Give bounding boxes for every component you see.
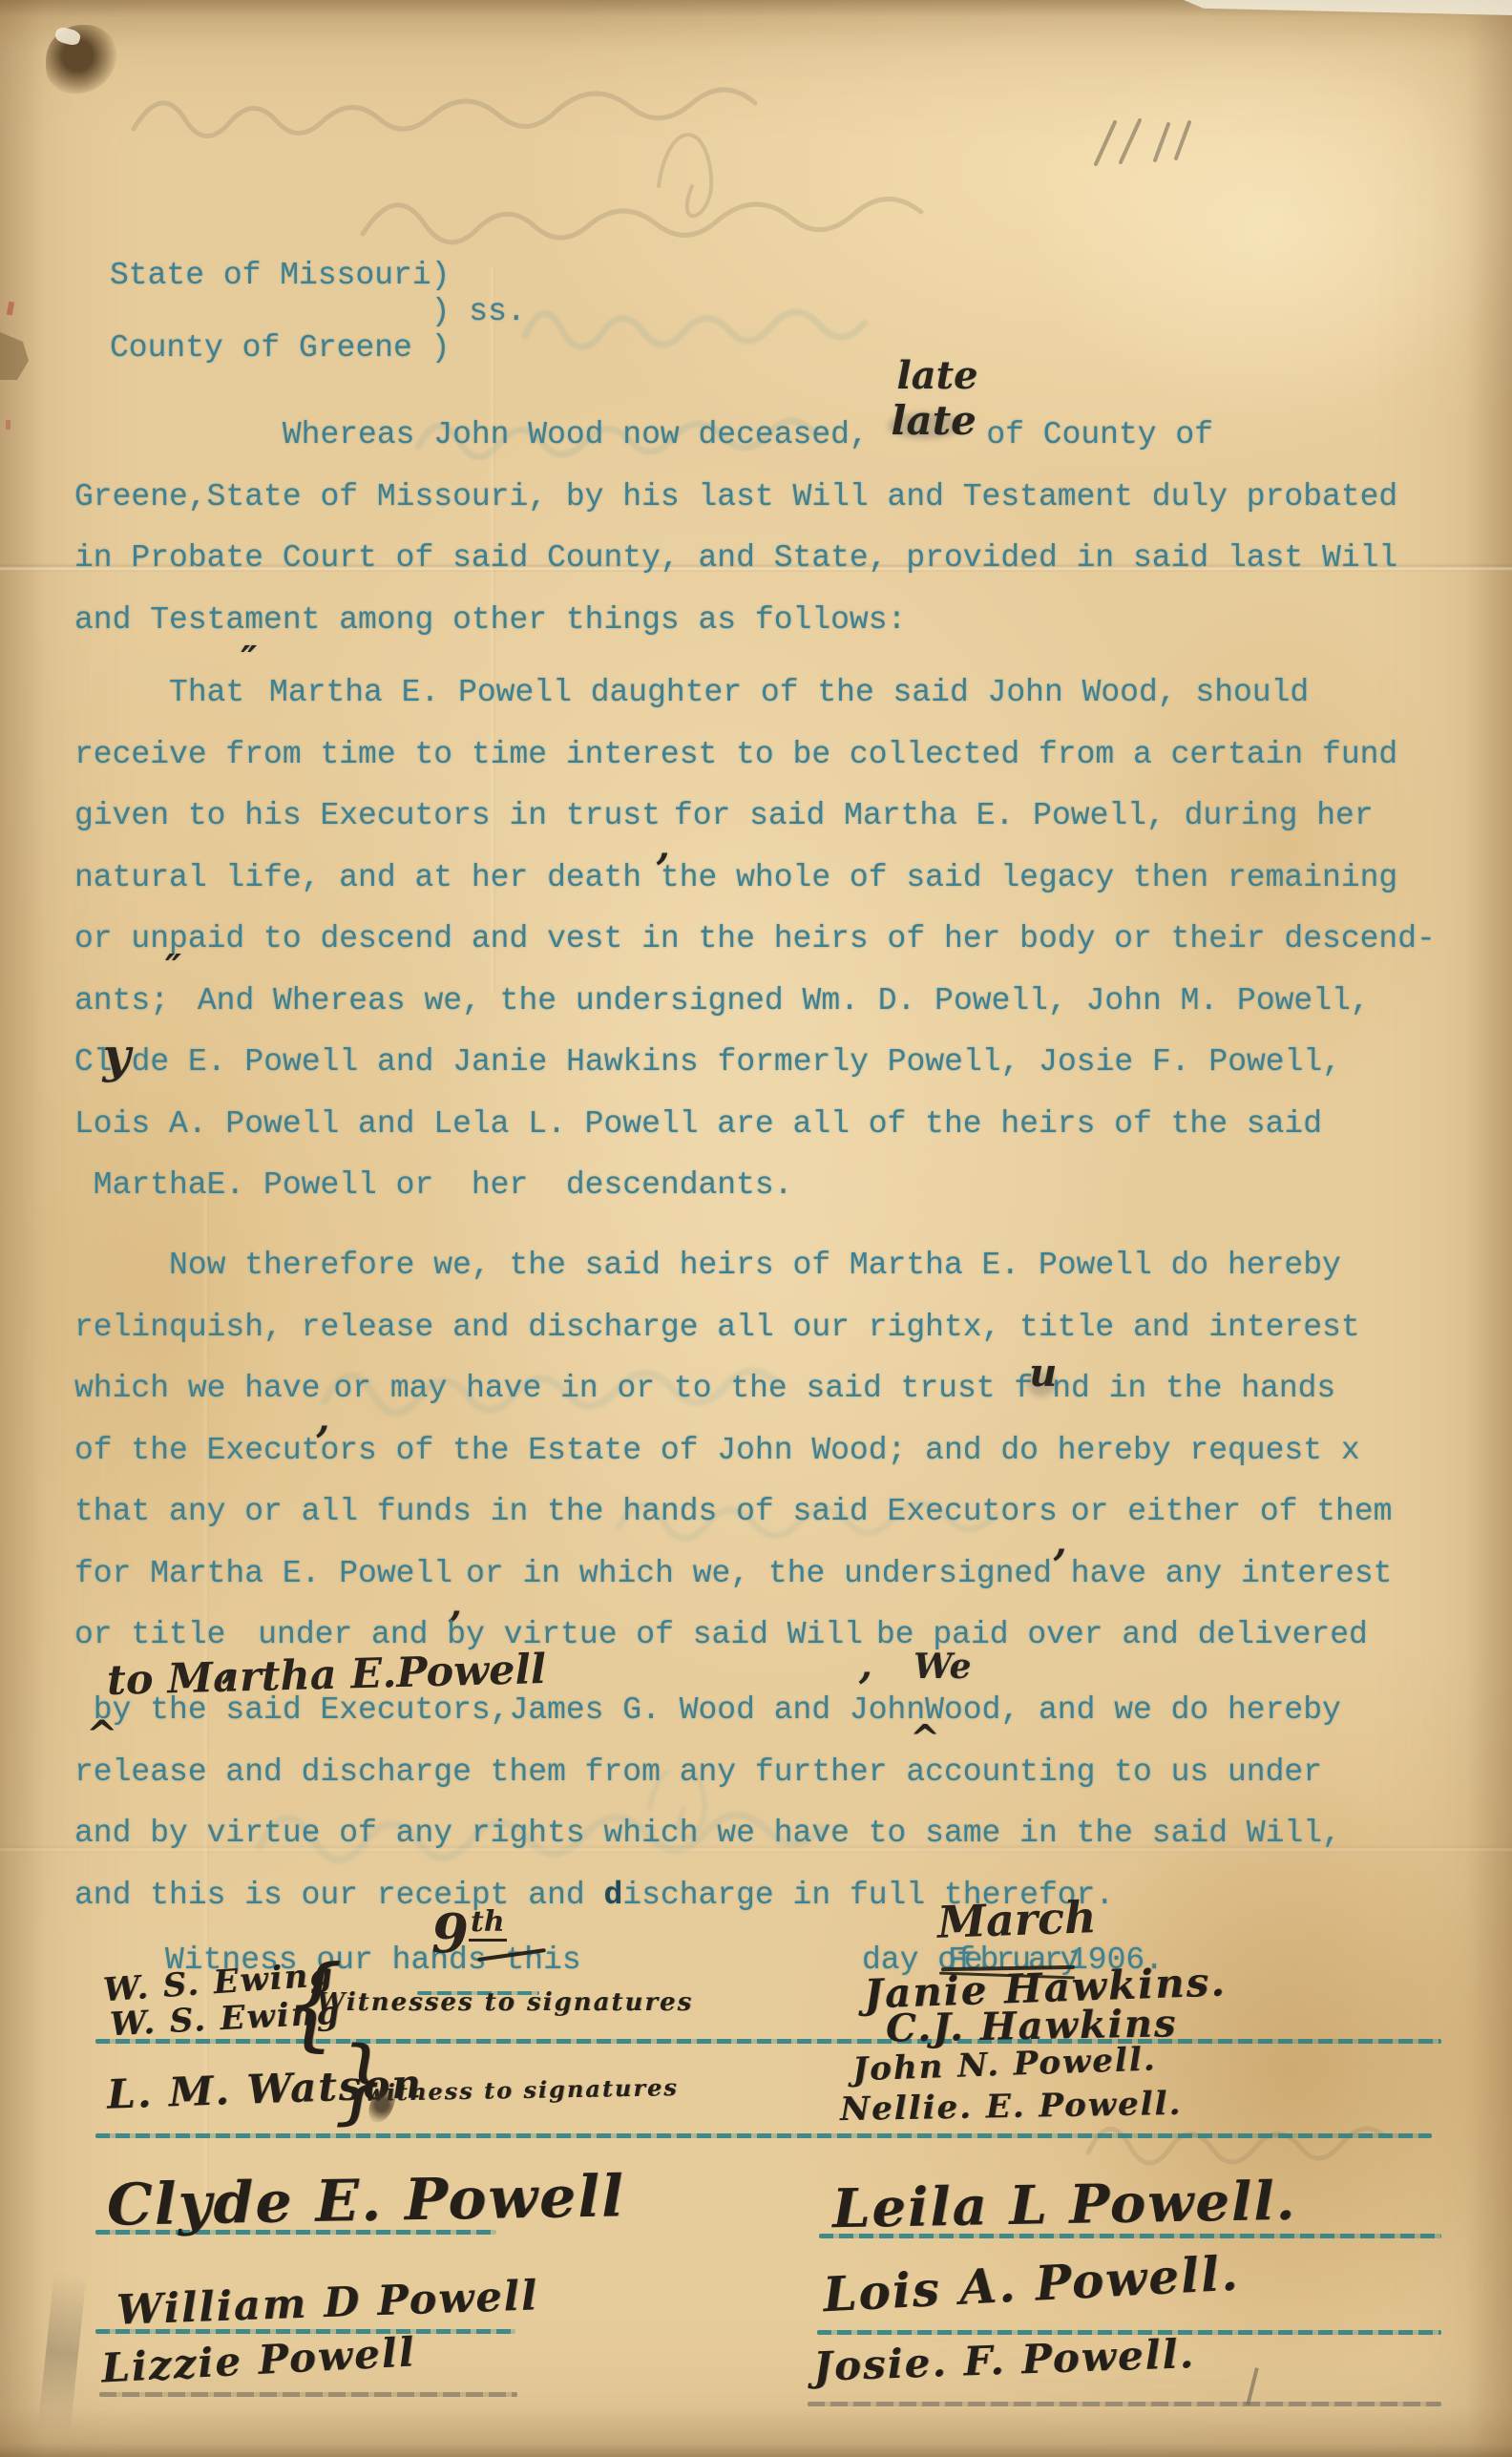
ink-quote-mark: ″ xyxy=(165,950,181,986)
witnesses-to-signatures-label: Witnesses to signatures xyxy=(317,1990,693,2015)
typed-text: for said Martha E. Powell, during her xyxy=(674,798,1374,833)
ink-correction-u: u xyxy=(1029,1354,1057,1393)
ink-bleedthrough xyxy=(515,279,916,384)
typed-line: relinquish, release and discharge all ou… xyxy=(74,1297,1392,1359)
signature-line-pencil xyxy=(808,2402,1441,2406)
ink-caret: ^ xyxy=(86,1716,118,1754)
jurat-county-line: County of Greene ) xyxy=(110,330,526,367)
typed-text: and this is our receipt and xyxy=(74,1878,604,1913)
signature-nellie-e-powell: Nellie. E. Powell. xyxy=(840,2088,1183,2126)
typed-line: and by virtue of any rights which we hav… xyxy=(74,1803,1341,1865)
ink-interlineation-to-martha: to Martha E.Powell xyxy=(107,1649,547,1702)
typed-text: of County of xyxy=(968,417,1213,452)
signature-clyde-e-powell: Clyde E. Powell xyxy=(107,2168,626,2234)
typed-text: given to his Executors in trust xyxy=(74,798,661,833)
ink-day-9: 9 xyxy=(431,1902,469,1965)
typed-text: Wood, and we do hereby xyxy=(925,1692,1341,1728)
typed-text: de E. Powell and Janie Hawkins formerly … xyxy=(132,1044,1341,1080)
typed-line: and Testament among other things as foll… xyxy=(74,590,1397,652)
document-page: State of Missouri) ) ss. County of Green… xyxy=(0,0,1512,2457)
typed-line: That″ Martha E. Powell daughter of the s… xyxy=(74,662,1436,724)
edge-chip xyxy=(0,332,29,380)
typed-line: Clyde E. Powell and Janie Hawkins former… xyxy=(74,1032,1436,1094)
typed-line: natural life, and at her death the whole… xyxy=(74,848,1436,910)
ink-insertion-we: We xyxy=(913,1649,971,1684)
typed-line: Greene,State of Missouri, by his last Wi… xyxy=(74,467,1397,529)
typed-text: or title xyxy=(74,1617,225,1652)
typed-line: of the Executors of the Estate of John W… xyxy=(74,1420,1392,1482)
typed-line: given to his Executors in trust,for said… xyxy=(74,786,1436,848)
signature-line xyxy=(95,2133,1432,2138)
ink-day-suffix: th xyxy=(469,1905,507,1942)
typed-line: for Martha E. Powell,or in which we, the… xyxy=(74,1543,1392,1606)
typed-line: which we have,or may have in or to the s… xyxy=(74,1358,1392,1420)
pencil-tick xyxy=(1246,2367,1259,2405)
ink-correction-y: y xyxy=(103,1032,131,1080)
typed-line: Whereas John Wood now deceased, latelate… xyxy=(74,405,1397,467)
torn-top-edge xyxy=(0,0,1512,17)
jurat-block: State of Missouri) ) ss. County of Green… xyxy=(110,258,526,367)
margin-smudge xyxy=(37,2271,87,2436)
typed-text: under and by virtue of said Will xyxy=(239,1617,863,1652)
torn-corner-blotch xyxy=(46,25,116,94)
typed-line: that any or all funds in the hands of sa… xyxy=(74,1481,1392,1543)
pencil-marks xyxy=(1088,116,1203,174)
typed-line: release and discharge them from any furt… xyxy=(74,1742,1341,1804)
paragraph-whereas-deceased: Whereas John Wood now deceased, latelate… xyxy=(74,405,1397,651)
typed-line: Now therefore we, the said heirs of Mart… xyxy=(74,1235,1392,1297)
typed-text: And Whereas we, the undersigned Wm. D. P… xyxy=(178,983,1370,1018)
typed-text: nd in the hands xyxy=(1052,1371,1335,1406)
ink-quote-mark: ″ xyxy=(241,641,257,678)
typed-text: Whereas John Wood now deceased, xyxy=(74,417,888,452)
signature-line-pencil xyxy=(99,2392,517,2397)
typed-text: or in which we, the undersigned have any… xyxy=(466,1556,1392,1591)
ink-insertion-late-above: late xyxy=(897,357,978,395)
paragraph-executors: by the said Executors,James G. Wood and … xyxy=(74,1680,1341,1926)
typed-text: That xyxy=(74,675,244,710)
typed-text: ants; xyxy=(74,983,169,1018)
signature-josie-f-powell: Josie. F. Powell. xyxy=(812,2334,1195,2387)
typed-text: or either of them xyxy=(1071,1494,1393,1529)
typed-text: Martha E. Powell daughter of the said Jo… xyxy=(250,675,1309,710)
ink-day-number: 9th xyxy=(431,1907,507,1961)
ink-comma: , xyxy=(859,1647,872,1685)
signature-lizzie-powell: Lizzie Powell xyxy=(100,2332,416,2388)
red-fiber-mark xyxy=(7,302,14,316)
typed-line: in Probate Court of said County, and Sta… xyxy=(74,528,1397,590)
jurat-ss-line: ) ss. xyxy=(110,294,526,330)
jurat-state-line: State of Missouri) xyxy=(110,258,526,294)
typed-line: and this is our receipt and discharge in… xyxy=(74,1865,1341,1927)
paper-stain xyxy=(1031,38,1508,420)
typed-line: Lois A. Powell and Lela L. Powell are al… xyxy=(74,1094,1436,1156)
pencil-bleedthrough-writing xyxy=(124,72,1040,282)
signature-lois-a-powell: Lois A. Powell. xyxy=(822,2250,1241,2320)
paragraph-release: Now therefore we, the said heirs of Mart… xyxy=(74,1235,1392,1667)
typed-line: or unpaid to descend and vest in the hei… xyxy=(74,909,1436,971)
ink-correction-late: late xyxy=(892,401,976,441)
bottom-edge-shadow xyxy=(0,2444,1512,2457)
typed-text: that any or all funds in the hands of sa… xyxy=(74,1494,1058,1529)
paper-chip xyxy=(53,26,81,47)
paragraph-will-provision: That″ Martha E. Powell daughter of the s… xyxy=(74,662,1436,1217)
red-fiber-mark xyxy=(6,420,10,430)
typed-line: ants;″ And Whereas we, the undersigned W… xyxy=(74,971,1436,1033)
signature-john-n-powell: John N. Powell. xyxy=(852,2043,1158,2086)
typed-line: MarthaE. Powell or her descendants. xyxy=(74,1155,1436,1217)
witness-to-signatures-label: witness to signatures xyxy=(365,2076,679,2105)
typed-overstruck-letter: d xyxy=(604,1878,623,1913)
typed-text: which we have xyxy=(74,1371,320,1406)
signature-leila-l-powell: Leila L Powell. xyxy=(832,2174,1297,2236)
typed-line: receive from time to time interest to be… xyxy=(74,724,1436,787)
backing-paper-sliver xyxy=(1184,0,1512,15)
signature-william-d-powell: William D Powell xyxy=(115,2276,539,2331)
ink-month-march: March xyxy=(936,1895,1097,1944)
typed-text: for Martha E. Powell xyxy=(74,1556,452,1591)
typed-text: or may have in or to the said trust f xyxy=(333,1371,1033,1406)
